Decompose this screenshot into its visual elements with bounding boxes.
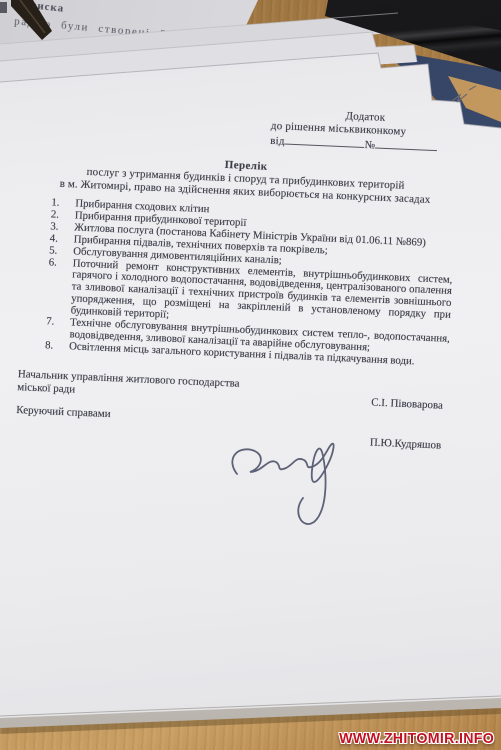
annex-header: Додаток до рішення міськвиконкому від№ xyxy=(270,107,460,156)
signer-name: С.І. Півоварова xyxy=(255,391,459,413)
list-item-number: 5. xyxy=(49,245,58,257)
site-watermark: WWW.ZHITOMIR.INFO xyxy=(339,730,494,747)
document-content: Додаток до рішення міськвиконкому від№ П… xyxy=(7,96,471,453)
number-blank-line xyxy=(375,137,437,151)
photo-of-document: писка радою були створені 5 Додаток до р… xyxy=(0,0,501,750)
signer-position: Начальник управління житлового господарс… xyxy=(17,368,256,404)
underlying-page-text-fragment: писка xyxy=(29,0,64,15)
date-blank-line xyxy=(285,134,365,148)
annex-date-prefix: від xyxy=(270,135,285,148)
services-list: 1.Прибирання сходових клітин 2.Прибиранн… xyxy=(45,197,455,369)
list-item-number: 6. xyxy=(48,257,57,269)
list-item-number: 7. xyxy=(46,316,55,328)
list-item-number: 8. xyxy=(45,340,54,352)
annex-number-sign: № xyxy=(364,139,375,151)
